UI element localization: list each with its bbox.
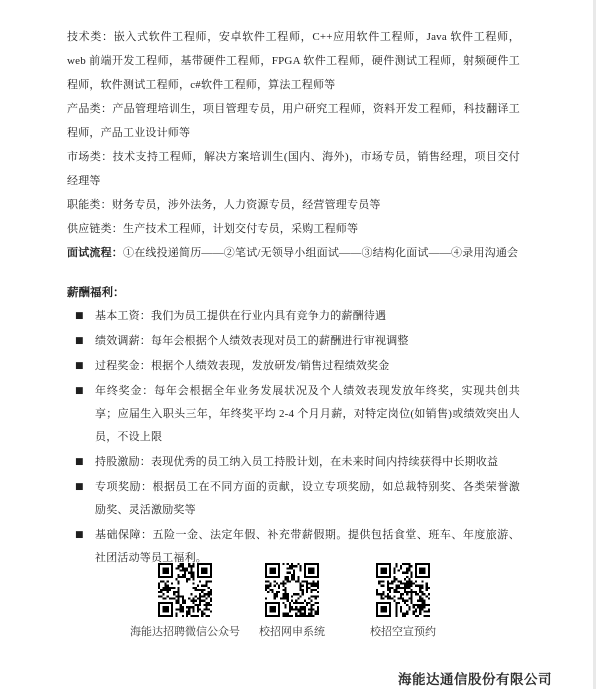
category-paragraph-function: 职能类：财务专员，涉外法务，人力资源专员，经营管理专员等 xyxy=(67,193,520,217)
benefits-heading: 薪酬福利： xyxy=(67,281,520,305)
benefit-item-base-salary: ■基本工资：我们为员工提供在行业内具有竞争力的薪酬待遇 xyxy=(67,305,520,328)
qr-caption-presentation-booking: 校招空宣预约 xyxy=(345,626,461,639)
benefit-text: 过程奖金：根据个人绩效表现，发放研发/销售过程绩效奖金 xyxy=(95,360,389,372)
interview-process-text: ①在线投递简历——②笔试/无领导小组面试——③结构化面试——④录用沟通会 xyxy=(123,247,518,259)
benefit-text: 专项奖励：根据员工在不同方面的贡献，设立专项奖励，如总裁特别奖、各类荣誉激励奖、… xyxy=(95,481,520,516)
qr-column-wechat: 海能达招聘微信公众号 xyxy=(125,563,245,639)
category-paragraph-product: 产品类：产品管理培训生，项目管理专员，用户研究工程师，资料开发工程师，科技翻译工… xyxy=(67,97,520,145)
qr-column-presentation-booking: 校招空宣预约 xyxy=(345,563,461,639)
benefits-list: ■基本工资：我们为员工提供在行业内具有竞争力的薪酬待遇 ■绩效调薪：每年会根据个… xyxy=(67,305,520,570)
square-bullet-icon: ■ xyxy=(75,305,84,328)
benefit-item-salary-review: ■绩效调薪：每年会根据个人绩效表现对员工的薪酬进行审视调整 xyxy=(67,330,520,353)
benefit-text: 基础保障：五险一金、法定年假、补充带薪假期。提供包括食堂、班车、年度旅游、社团活… xyxy=(95,529,520,564)
category-text: 生产技术工程师，计划交付专员，采购工程师等 xyxy=(123,223,358,235)
benefit-item-special-award: ■专项奖励：根据员工在不同方面的贡献，设立专项奖励，如总裁特别奖、各类荣誉激励奖… xyxy=(67,476,520,522)
square-bullet-icon: ■ xyxy=(75,355,84,378)
category-label: 供应链类： xyxy=(67,223,123,235)
category-label: 产品类： xyxy=(67,103,112,115)
qr-code-wechat-image xyxy=(158,563,212,617)
category-label: 技术类： xyxy=(67,31,114,43)
qr-code-application-system-image xyxy=(265,563,319,617)
benefit-text: 年终奖金：每年会根据全年业务发展状况及个人绩效表现发放年终奖，实现共创共享；应届… xyxy=(95,385,520,443)
document-body: 技术类：嵌入式软件工程师，安卓软件工程师，C++应用软件工程师，Java 软件工… xyxy=(67,25,520,572)
qr-caption-wechat: 海能达招聘微信公众号 xyxy=(125,626,245,639)
benefit-item-process-bonus: ■过程奖金：根据个人绩效表现，发放研发/销售过程绩效奖金 xyxy=(67,355,520,378)
category-paragraph-tech: 技术类：嵌入式软件工程师，安卓软件工程师，C++应用软件工程师，Java 软件工… xyxy=(67,25,520,97)
square-bullet-icon: ■ xyxy=(75,330,84,353)
category-paragraph-market: 市场类：技术支持工程师，解决方案培训生(国内、海外)，市场专员，销售经理，项目交… xyxy=(67,145,520,193)
category-paragraph-supply-chain: 供应链类：生产技术工程师，计划交付专员，采购工程师等 xyxy=(67,217,520,241)
benefit-text: 持股激励：表现优秀的员工纳入员工持股计划，在未来时间内持续获得中长期收益 xyxy=(95,456,498,468)
category-text: 产品管理培训生，项目管理专员，用户研究工程师，资料开发工程师，科技翻译工程师，产… xyxy=(67,103,520,139)
scrollbar-track[interactable] xyxy=(593,0,596,689)
interview-process-line: 面试流程：①在线投递简历——②笔试/无领导小组面试——③结构化面试——④录用沟通… xyxy=(67,241,520,265)
qr-column-application-system: 校招网申系统 xyxy=(234,563,350,639)
qr-caption-application-system: 校招网申系统 xyxy=(234,626,350,639)
interview-process-label: 面试流程： xyxy=(67,247,123,259)
qr-code-presentation-booking-image xyxy=(376,563,430,617)
benefit-text: 基本工资：我们为员工提供在行业内具有竞争力的薪酬待遇 xyxy=(95,310,386,322)
square-bullet-icon: ■ xyxy=(75,476,84,499)
square-bullet-icon: ■ xyxy=(75,380,84,403)
category-label: 市场类： xyxy=(67,151,113,163)
category-label: 职能类： xyxy=(67,199,112,211)
square-bullet-icon: ■ xyxy=(75,451,84,474)
document-page: 技术类：嵌入式软件工程师，安卓软件工程师，C++应用软件工程师，Java 软件工… xyxy=(0,0,597,689)
benefit-item-stock-incentive: ■持股激励：表现优秀的员工纳入员工持股计划，在未来时间内持续获得中长期收益 xyxy=(67,451,520,474)
benefit-item-annual-bonus: ■年终奖金：每年会根据全年业务发展状况及个人绩效表现发放年终奖，实现共创共享；应… xyxy=(67,380,520,449)
category-text: 技术支持工程师，解决方案培训生(国内、海外)，市场专员，销售经理，项目交付经理等 xyxy=(67,151,520,187)
category-text: 财务专员，涉外法务，人力资源专员，经营管理专员等 xyxy=(112,199,381,211)
benefit-text: 绩效调薪：每年会根据个人绩效表现对员工的薪酬进行审视调整 xyxy=(95,335,409,347)
category-text: 嵌入式软件工程师，安卓软件工程师，C++应用软件工程师，Java 软件工程师，w… xyxy=(67,31,520,91)
square-bullet-icon: ■ xyxy=(75,524,84,547)
company-name: 海能达通信股份有限公司 xyxy=(398,668,552,688)
